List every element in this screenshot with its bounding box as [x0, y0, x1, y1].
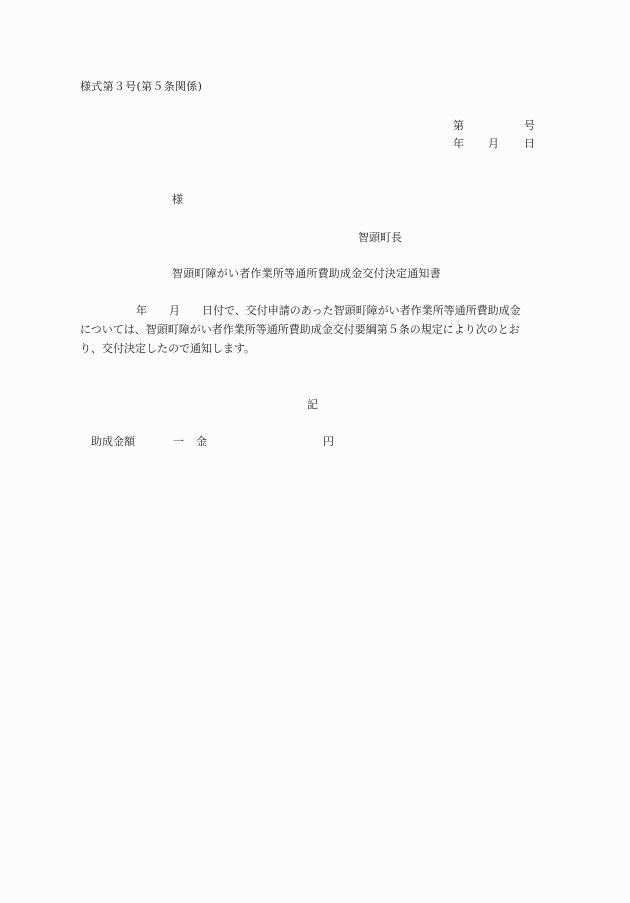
body-paragraph: 年月日付で、交付申請のあった智頭町障がい者作業所等通所費助成金 については、智頭…: [80, 301, 555, 358]
addressee: 様: [172, 193, 183, 207]
body-line-3: り、交付決定したので通知します。: [80, 339, 555, 358]
form-number: 様式第３号(第５条関係): [80, 80, 202, 94]
date-day-label: 日: [524, 137, 535, 151]
date-year-label: 年: [453, 137, 464, 151]
body-date-year: 年: [136, 304, 147, 317]
document-title: 智頭町障がい者作業所等通所費助成金交付決定通知書: [172, 267, 441, 281]
note-heading: 記: [307, 398, 318, 412]
body-line-2: については、智頭町障がい者作業所等通所費助成金交付要綱第５条の規定により次のとお: [80, 320, 555, 339]
amount-kin: 金: [196, 435, 207, 449]
amount-label: 助成金額: [91, 435, 135, 449]
issuer: 智頭町長: [358, 231, 402, 245]
doc-number-prefix: 第: [453, 119, 464, 133]
date-month-label: 月: [488, 137, 499, 151]
body-date-month: 月: [169, 304, 180, 317]
body-line-1-text: 日付で、交付申請のあった智頭町障がい者作業所等通所費助成金: [202, 304, 521, 317]
doc-number-suffix: 号: [524, 119, 535, 133]
body-line-1: 年月日付で、交付申請のあった智頭町障がい者作業所等通所費助成金: [80, 301, 555, 320]
amount-yen-unit: 円: [323, 435, 334, 449]
amount-item-marker: 一: [173, 435, 184, 449]
